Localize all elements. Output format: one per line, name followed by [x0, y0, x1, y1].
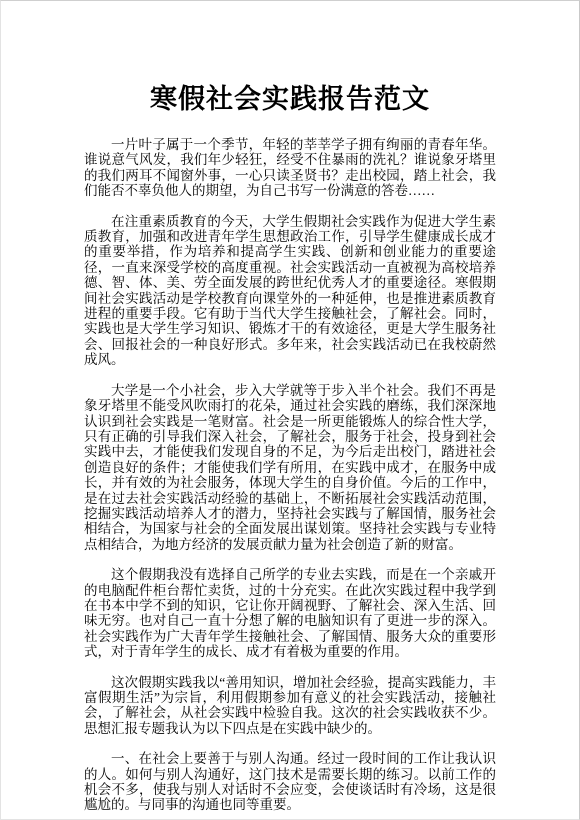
paragraph-point-one-communication: 一、在社会上要善于与别人沟通。经过一段时间的工作让我认识的人。如何与别人沟通好，…	[84, 751, 496, 813]
paragraph-university-society: 大学是一个小社会，步入大学就等于步入半个社会。我们不再是象牙塔里不能受风吹雨打的…	[84, 383, 496, 552]
paragraph-intro: 一片叶子属于一个季节，年轻的莘莘学子拥有绚丽的青春年华。谁说意气风发，我们年少轻…	[84, 137, 496, 199]
document-body: 一片叶子属于一个季节，年轻的莘莘学子拥有绚丽的青春年华。谁说意气风发，我们年少轻…	[84, 137, 496, 813]
paragraph-practice-purpose: 这次假期实践我以“善用知识，增加社会经验，提高实践能力，丰富假期生活”为宗旨，利…	[84, 675, 496, 737]
document-page: 寒假社会实践报告范文 一片叶子属于一个季节，年轻的莘莘学子拥有绚丽的青春年华。谁…	[0, 0, 580, 820]
paragraph-education-importance: 在注重素质教育的今天，大学生假期社会实践作为促进大学生素质教育，加强和改进青年学…	[84, 214, 496, 368]
paragraph-computer-parts-counter: 这个假期我没有选择自己所学的专业去实践，而是在一个亲戚开的电脑配件柜台帮忙卖货，…	[84, 567, 496, 659]
document-title: 寒假社会实践报告范文	[1, 83, 579, 115]
